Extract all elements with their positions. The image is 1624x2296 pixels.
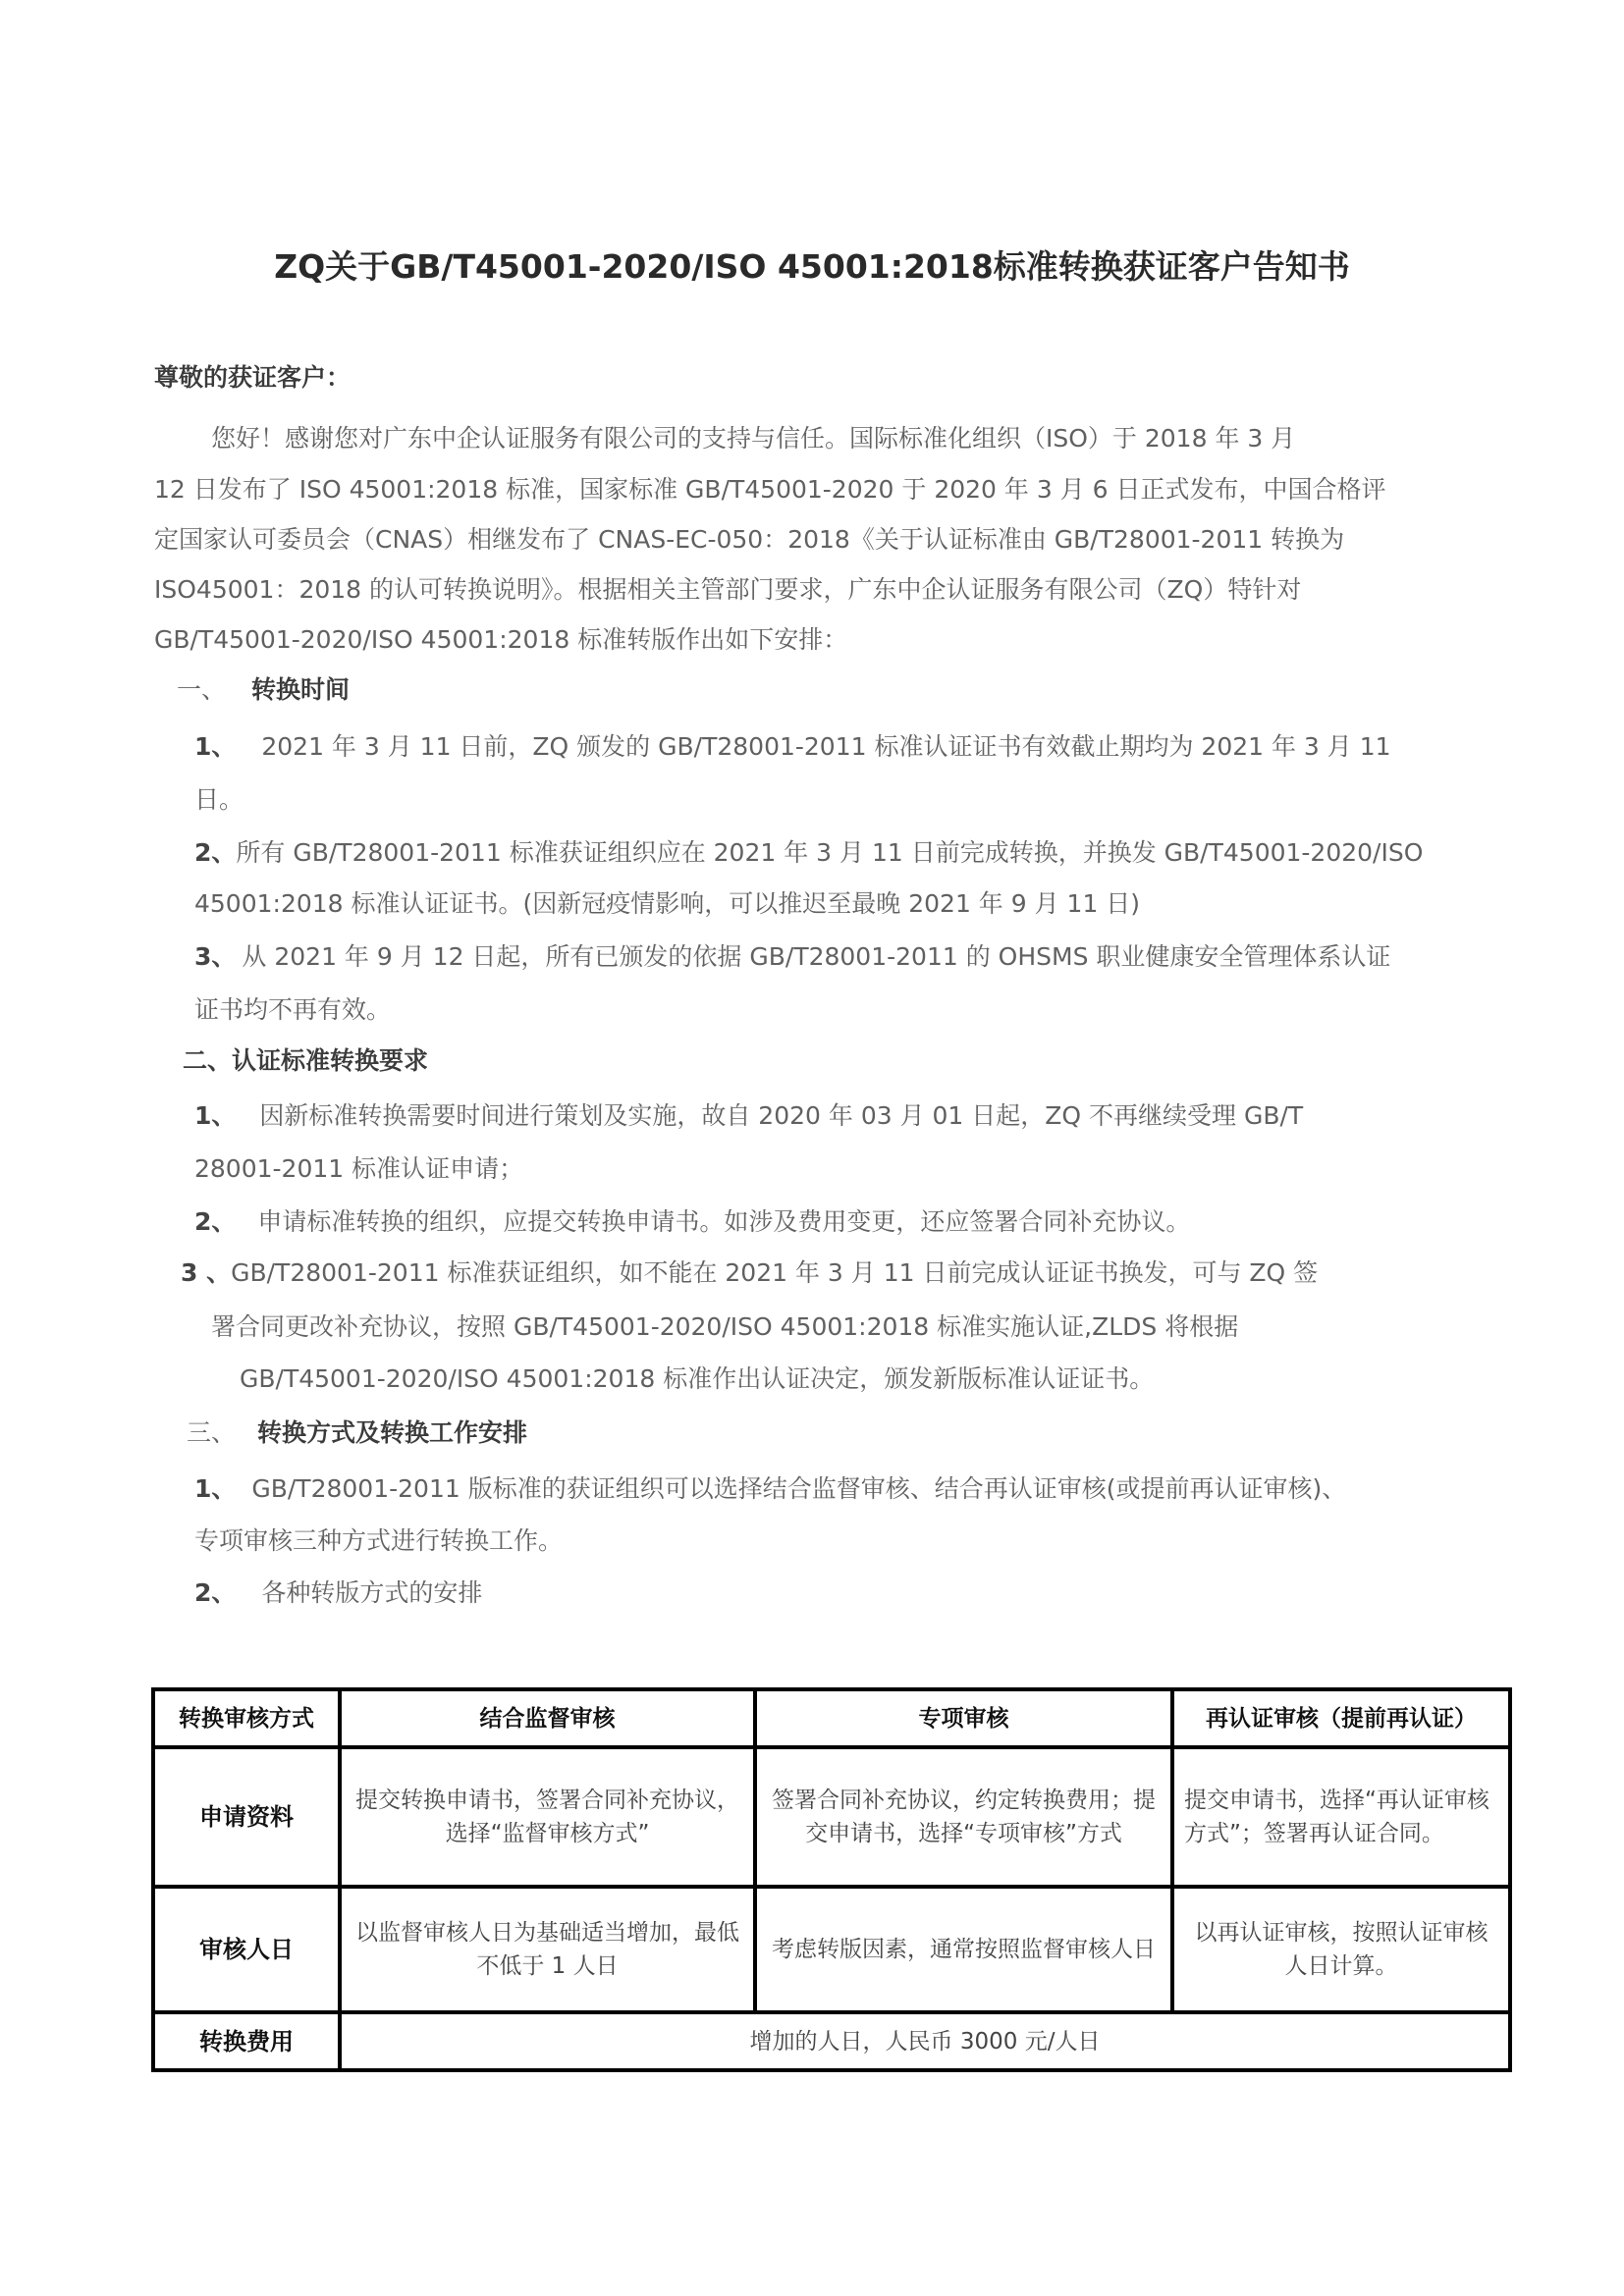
table-header-row: 转换审核方式 结合监督审核 专项审核 再认证审核（提前再认证）: [153, 1689, 1510, 1747]
section-2-item-1: 1、 因新标准转换需要时间进行策划及实施，故自 2020 年 03 月 01 日…: [194, 1099, 1303, 1133]
section-3-item-1: 1、 GB/T28001-2011 版标准的获证组织可以选择结合监督审核、结合再…: [194, 1472, 1346, 1506]
row-label-audit-days: 审核人日: [153, 1887, 340, 2012]
section-3-item-2: 2、 各种转版方式的安排: [194, 1576, 482, 1610]
intro-line-2: 12 日发布了 ISO 45001:2018 标准，国家标准 GB/T45001…: [154, 473, 1386, 507]
table-cell: 提交申请书，选择“再认证审核方式”；签署再认证合同。: [1172, 1747, 1510, 1887]
intro-line-1: 您好！感谢您对广东中企认证服务有限公司的支持与信任。国际标准化组织（ISO）于 …: [211, 422, 1295, 455]
item-number: 2、: [194, 1207, 236, 1236]
section-2-item-3: 3 、GB/T28001-2011 标准获证组织，如不能在 2021 年 3 月…: [181, 1256, 1318, 1290]
table-row: 审核人日 以监督审核人日为基础适当增加，最低不低于 1 人日 考虑转版因素，通常…: [153, 1887, 1510, 2012]
intro-line-3: 定国家认可委员会（CNAS）相继发布了 CNAS-EC-050：2018《关于认…: [154, 523, 1344, 557]
section-2-title: 认证标准转换要求: [232, 1046, 428, 1075]
item-number: 2、: [194, 838, 236, 867]
table-cell-merged: 增加的人日，人民币 3000 元/人日: [340, 2012, 1510, 2070]
section-1-heading: 一、 转换时间: [177, 673, 350, 707]
header-recertification-audit: 再认证审核（提前再认证）: [1172, 1689, 1510, 1747]
section-3-title: 转换方式及转换工作安排: [257, 1418, 527, 1447]
section-3-item-1-cont: 专项审核三种方式进行转换工作。: [194, 1524, 563, 1558]
item-text: GB/T28001-2011 标准获证组织，如不能在 2021 年 3 月 11…: [231, 1258, 1318, 1287]
item-text: 2021 年 3 月 11 日前，ZQ 颁发的 GB/T28001-2011 标…: [261, 732, 1390, 761]
row-label-application: 申请资料: [153, 1747, 340, 1887]
section-3-heading: 三、 转换方式及转换工作安排: [187, 1416, 527, 1450]
intro-line-4: ISO45001：2018 的认可转换说明》。根据相关主管部门要求，广东中企认证…: [154, 573, 1301, 607]
table-cell: 以监督审核人日为基础适当增加，最低不低于 1 人日: [340, 1887, 755, 2012]
item-number: 1、: [194, 1474, 236, 1503]
document-title: ZQ关于GB/T45001-2020/ISO 45001:2018标准转换获证客…: [0, 241, 1624, 288]
transition-arrangement-table: 转换审核方式 结合监督审核 专项审核 再认证审核（提前再认证） 申请资料 提交转…: [151, 1687, 1512, 2072]
section-1-item-2: 2、所有 GB/T28001-2011 标准获证组织应在 2021 年 3 月 …: [194, 836, 1423, 870]
section-2-heading: 二、认证标准转换要求: [183, 1044, 428, 1078]
table-row: 申请资料 提交转换申请书，签署合同补充协议，选择“监督审核方式” 签署合同补充协…: [153, 1747, 1510, 1887]
item-number: 3、: [194, 942, 236, 971]
section-1-number: 一、: [177, 675, 226, 704]
item-text: 所有 GB/T28001-2011 标准获证组织应在 2021 年 3 月 11…: [236, 838, 1423, 867]
section-1-item-3: 3、从 2021 年 9 月 12 日起，所有已颁发的依据 GB/T28001-…: [194, 940, 1390, 974]
section-3-number: 三、: [187, 1418, 236, 1447]
item-number: 1、: [194, 732, 236, 761]
item-text: 各种转版方式的安排: [261, 1578, 482, 1607]
item-text: 申请标准转换的组织，应提交转换申请书。如涉及费用变更，还应签署合同补充协议。: [257, 1207, 1190, 1236]
table-cell: 签署合同补充协议，约定转换费用；提交申请书，选择“专项审核”方式: [755, 1747, 1172, 1887]
document-page: ZQ关于GB/T45001-2020/ISO 45001:2018标准转换获证客…: [0, 0, 1624, 2296]
section-2-item-2: 2、 申请标准转换的组织，应提交转换申请书。如涉及费用变更，还应签署合同补充协议…: [194, 1205, 1190, 1239]
section-1-item-1: 1、 2021 年 3 月 11 日前，ZQ 颁发的 GB/T28001-201…: [194, 730, 1391, 764]
section-2-number: 二、: [183, 1046, 232, 1075]
header-special-audit: 专项审核: [755, 1689, 1172, 1747]
table-cell: 提交转换申请书，签署合同补充协议，选择“监督审核方式”: [340, 1747, 755, 1887]
section-1-item-2-cont: 45001:2018 标准认证证书。(因新冠疫情影响，可以推迟至最晚 2021 …: [194, 887, 1140, 921]
section-2-item-3-cont-2: GB/T45001-2020/ISO 45001:2018 标准作出认证决定，颁…: [240, 1362, 1154, 1396]
item-number: 3 、: [181, 1258, 231, 1287]
section-2-item-3-cont-1: 署合同更改补充协议，按照 GB/T45001-2020/ISO 45001:20…: [211, 1310, 1238, 1344]
item-number: 1、: [194, 1101, 236, 1130]
intro-line-5: GB/T45001-2020/ISO 45001:2018 标准转版作出如下安排…: [154, 623, 847, 657]
header-audit-method: 转换审核方式: [153, 1689, 340, 1747]
section-1-item-3-cont: 证书均不再有效。: [194, 993, 391, 1027]
item-text: GB/T28001-2011 版标准的获证组织可以选择结合监督审核、结合再认证审…: [251, 1474, 1346, 1503]
item-text: 因新标准转换需要时间进行策划及实施，故自 2020 年 03 月 01 日起，Z…: [259, 1101, 1303, 1130]
item-text: 从 2021 年 9 月 12 日起，所有已颁发的依据 GB/T28001-20…: [242, 942, 1390, 971]
table-cell: 考虑转版因素，通常按照监督审核人日: [755, 1887, 1172, 2012]
row-label-fee: 转换费用: [153, 2012, 340, 2070]
salutation: 尊敬的获证客户：: [154, 361, 351, 395]
table-cell: 以再认证审核，按照认证审核人日计算。: [1172, 1887, 1510, 2012]
header-surveillance-audit: 结合监督审核: [340, 1689, 755, 1747]
table-row: 转换费用 增加的人日，人民币 3000 元/人日: [153, 2012, 1510, 2070]
section-2-item-1-cont: 28001-2011 标准认证申请；: [194, 1152, 523, 1186]
section-1-item-1-cont: 日。: [194, 783, 244, 817]
item-number: 2、: [194, 1578, 236, 1607]
section-1-title: 转换时间: [251, 675, 350, 704]
